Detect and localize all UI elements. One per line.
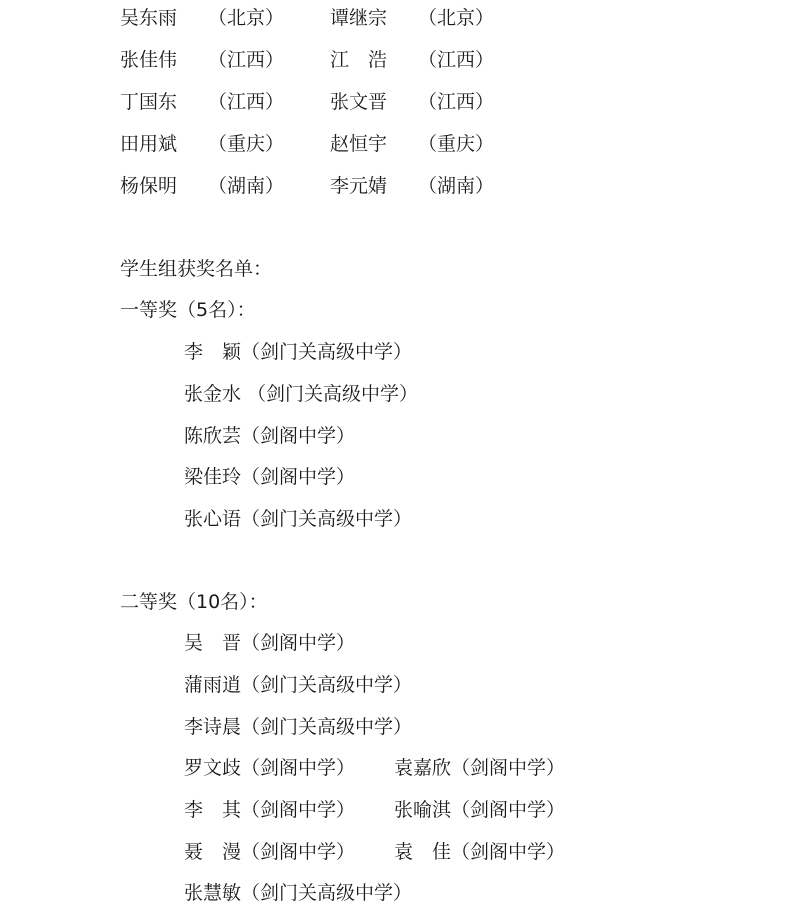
judge-region: （重庆） bbox=[418, 132, 494, 156]
judge-region: （江西） bbox=[418, 90, 494, 114]
second-prize-winner: 罗文歧（剑阁中学） bbox=[184, 756, 355, 780]
second-prize-winner: 张慧敏（剑门关高级中学） bbox=[184, 881, 412, 905]
judge-region: （江西） bbox=[418, 48, 494, 72]
second-prize-winner: 吴 晋（剑阁中学） bbox=[184, 631, 355, 655]
first-prize-winner: 张心语（剑门关高级中学） bbox=[184, 507, 412, 531]
first-prize-winner: 李 颖（剑门关高级中学） bbox=[184, 340, 412, 364]
judge-name: 江 浩 bbox=[330, 48, 387, 72]
second-prize-heading: 二等奖（10名）： bbox=[120, 590, 268, 614]
second-prize-winner: 李诗晨（剑门关高级中学） bbox=[184, 715, 412, 739]
judge-name: 张佳伟 bbox=[120, 48, 177, 72]
judge-region: （湖南） bbox=[418, 174, 494, 198]
judge-region: （重庆） bbox=[208, 132, 284, 156]
first-prize-winner: 梁佳玲（剑阁中学） bbox=[184, 465, 355, 489]
judge-name: 丁国东 bbox=[120, 90, 177, 114]
first-prize-winner: 张金水 （剑门关高级中学） bbox=[184, 382, 418, 406]
judge-name: 杨保明 bbox=[120, 174, 177, 198]
judge-name: 李元婧 bbox=[330, 174, 387, 198]
judge-region: （北京） bbox=[208, 6, 284, 30]
judge-region: （江西） bbox=[208, 90, 284, 114]
second-prize-winner: 李 其（剑阁中学） bbox=[184, 798, 355, 822]
first-prize-winner: 陈欣芸（剑阁中学） bbox=[184, 424, 355, 448]
second-prize-winner: 聂 漫（剑阁中学） bbox=[184, 840, 355, 864]
judge-name: 田用斌 bbox=[120, 132, 177, 156]
judge-region: （江西） bbox=[208, 48, 284, 72]
judge-name: 吴东雨 bbox=[120, 6, 177, 30]
second-prize-winner: 蒲雨逍（剑门关高级中学） bbox=[184, 673, 412, 697]
second-prize-winner: 张喻淇（剑阁中学） bbox=[394, 798, 565, 822]
judge-name: 赵恒宇 bbox=[330, 132, 387, 156]
second-prize-winner: 袁 佳（剑阁中学） bbox=[394, 840, 565, 864]
judge-region: （湖南） bbox=[208, 174, 284, 198]
judge-name: 谭继宗 bbox=[330, 6, 387, 30]
judge-region: （北京） bbox=[418, 6, 494, 30]
second-prize-winner: 袁嘉欣（剑阁中学） bbox=[394, 756, 565, 780]
student-list-heading: 学生组获奖名单： bbox=[120, 257, 272, 281]
first-prize-heading: 一等奖（5名）： bbox=[120, 298, 256, 322]
judge-name: 张文晋 bbox=[330, 90, 387, 114]
